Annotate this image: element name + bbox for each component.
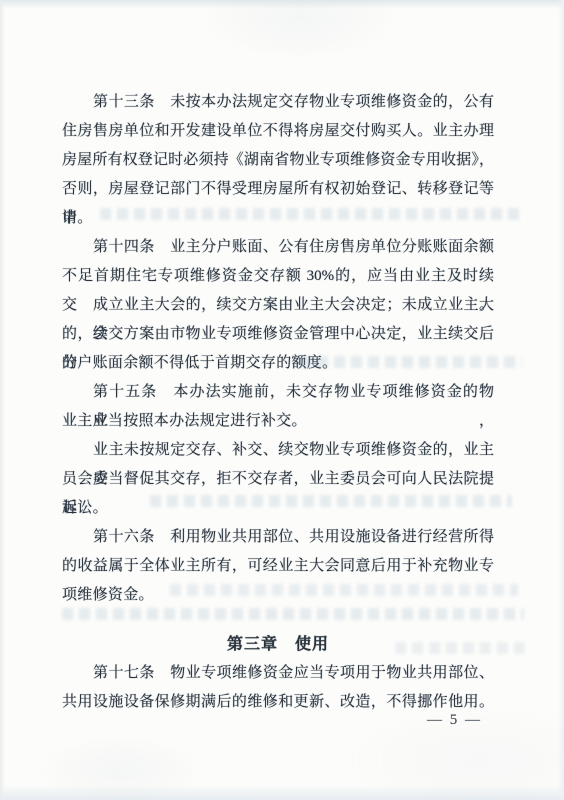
text-line: 否则，房屋登记部门不得受理房屋所有权初始登记、转移登记等申 — [62, 175, 494, 204]
article-15: 第十五条 本办法实施前，未交存物业专项维修资金的物业，业主应当按照本办法规定进行… — [62, 378, 494, 436]
document-text-block: 第十三条 未按本办法规定交存物业专项维修资金的，公有住房售房单位和开发建设单位不… — [62, 88, 494, 717]
text-line: 成立业主大会的，续交方案由业主大会决定；未成立业主大会 — [62, 291, 494, 320]
text-line: 第十六条 利用物业共用部位、共用设施设备进行经营所得 — [62, 523, 494, 552]
scan-edge-shadow-right — [558, 0, 564, 800]
text-line: 业主未按规定交存、补交、续交物业专项维修资金的，业主委 — [62, 436, 494, 465]
scan-edge-shadow-top — [0, 0, 564, 10]
text-line: 住房售房单位和开发建设单位不得将房屋交付购买人。业主办理 — [62, 117, 494, 146]
text-line: 项维修资金。 — [62, 581, 494, 610]
text-line: 第十七条 物业专项维修资金应当专项用于物业共用部位、 — [62, 659, 494, 688]
text-line: 请。 — [62, 204, 494, 233]
scan-edge-shadow-left — [0, 0, 5, 800]
text-line: 不足首期住宅专项维修资金交存额 30%的，应当由业主及时续交。 — [62, 262, 494, 291]
text-line: 的收益属于全体业主所有，可经业主大会同意后用于补充物业专 — [62, 552, 494, 581]
scanned-document-page: 第十三条 未按本办法规定交存物业专项维修资金的，公有住房售房单位和开发建设单位不… — [0, 0, 564, 800]
article-14-para-2: 成立业主大会的，续交方案由业主大会决定；未成立业主大会的，续交方案由市物业专项维… — [62, 291, 494, 378]
text-line: 的，续交方案由市物业专项维修资金管理中心决定，业主续交后的 — [62, 320, 494, 349]
article-14: 第十四条 业主分户账面、公有住房售房单位分账账面余额不足首期住宅专项维修资金交存… — [62, 233, 494, 291]
blank-line — [62, 610, 494, 630]
page-number: — 5 — — [427, 712, 482, 729]
text-line: 房屋所有权登记时必须持《湖南省物业专项维修资金专用收据》， — [62, 146, 494, 175]
text-line: 诉讼。 — [62, 494, 494, 523]
text-line: 分户账面余额不得低于首期交存的额度。 — [62, 349, 494, 378]
text-line: 第十四条 业主分户账面、公有住房售房单位分账账面余额 — [62, 233, 494, 262]
article-16: 第十六条 利用物业共用部位、共用设施设备进行经营所得的收益属于全体业主所有，可经… — [62, 523, 494, 610]
scan-edge-shadow-bottom — [0, 784, 564, 800]
article-15-para-2: 业主未按规定交存、补交、续交物业专项维修资金的，业主委员会应当督促其交存，拒不交… — [62, 436, 494, 523]
article-17: 第十七条 物业专项维修资金应当专项用于物业共用部位、共用设施设备保修期满后的维修… — [62, 659, 494, 717]
text-line: 第十三条 未按本办法规定交存物业专项维修资金的，公有 — [62, 88, 494, 117]
article-13: 第十三条 未按本办法规定交存物业专项维修资金的，公有住房售房单位和开发建设单位不… — [62, 88, 494, 233]
text-line: 第十五条 本办法实施前，未交存物业专项维修资金的物业， — [62, 378, 494, 407]
chapter-3-heading: 第三章 使用 — [62, 630, 494, 659]
text-line: 员会应当督促其交存，拒不交存者，业主委员会可向人民法院提起 — [62, 465, 494, 494]
